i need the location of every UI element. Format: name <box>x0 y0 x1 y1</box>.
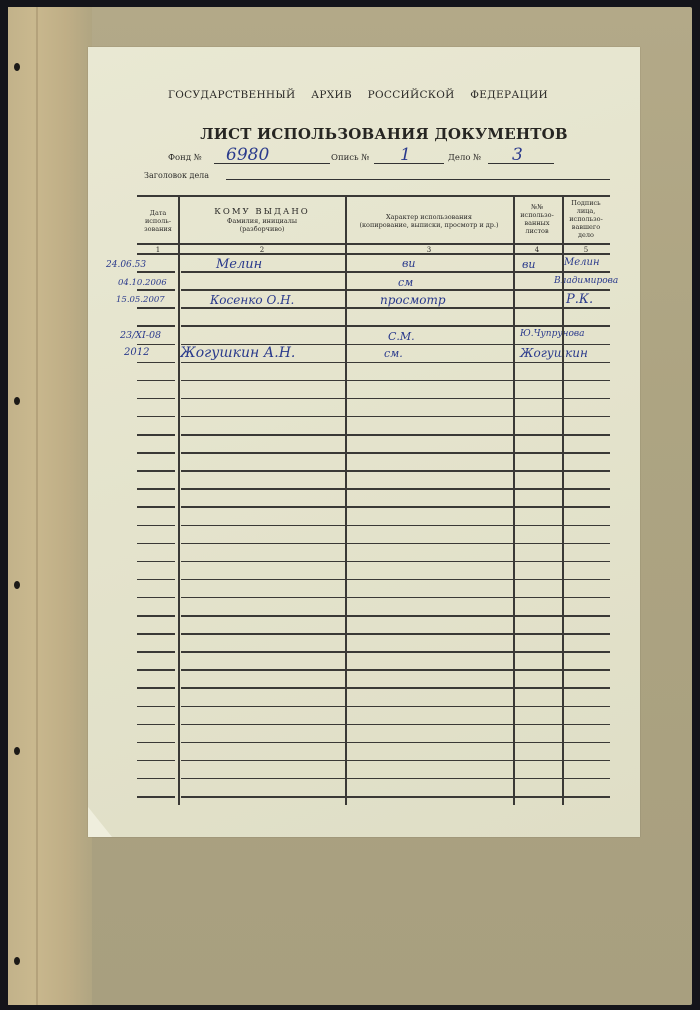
table-rule <box>137 271 175 273</box>
table-rule <box>137 615 175 617</box>
table-rule <box>515 325 562 327</box>
entry-date: 24.06.53 <box>106 260 146 270</box>
entry-signature: Мелин <box>564 257 600 268</box>
header-col-2: КОМУ ВЫДАНО Фамилия, инициалы (разборчив… <box>180 207 344 233</box>
table-rule <box>181 579 345 581</box>
document-title: ЛИСТ ИСПОЛЬЗОВАНИЯ ДОКУМЕНТОВ <box>88 125 640 143</box>
table-rule <box>564 271 610 273</box>
table-rule <box>564 633 610 635</box>
table-rule <box>347 307 513 309</box>
table-rule <box>137 706 175 708</box>
table-rule <box>347 778 513 780</box>
table-rule <box>515 271 562 273</box>
table-rule <box>137 243 610 245</box>
table-rule <box>515 380 562 382</box>
table-rule <box>347 651 513 653</box>
table-rule <box>564 760 610 762</box>
table-rule <box>515 307 562 309</box>
table-rule <box>181 506 345 508</box>
table-rule <box>564 724 610 726</box>
table-rule <box>181 325 345 327</box>
table-rule <box>181 470 345 472</box>
archive-name: ГОСУДАРСТВЕННЫЙ АРХИВ РОССИЙСКОЙ ФЕДЕРАЦ… <box>168 89 588 101</box>
entry-date: 2012 <box>124 347 149 358</box>
table-rule <box>347 742 513 744</box>
table-rule <box>347 579 513 581</box>
table-rule <box>137 742 175 744</box>
entry-usage: см. <box>384 347 403 360</box>
table-rule <box>564 362 610 364</box>
table-rule <box>137 344 175 346</box>
table-rule <box>564 543 610 545</box>
table-rule <box>347 416 513 418</box>
binding-hole <box>14 63 20 71</box>
entry-signature: Р.К. <box>566 292 593 307</box>
binding-hole <box>14 957 20 965</box>
table-rule <box>181 488 345 490</box>
table-rule <box>515 434 562 436</box>
table-rule <box>515 398 562 400</box>
table-rule <box>181 742 345 744</box>
table-rule <box>347 289 513 291</box>
table-rule <box>515 362 562 364</box>
table-rule <box>564 561 610 563</box>
entry-name: Косенко О.Н. <box>210 293 294 307</box>
table-rule <box>515 796 562 798</box>
table-rule <box>515 543 562 545</box>
table-rule <box>347 452 513 454</box>
table-rule <box>515 669 562 671</box>
table-rule <box>137 195 610 197</box>
table-rule <box>181 452 345 454</box>
table-rule <box>564 434 610 436</box>
table-rule <box>181 416 345 418</box>
table-rule <box>137 488 175 490</box>
table-rule <box>564 669 610 671</box>
table-rule <box>515 778 562 780</box>
entry-signature: Ю.Чупрунова <box>520 329 585 339</box>
table-rule <box>515 525 562 527</box>
table-rule <box>137 307 175 309</box>
table-rule <box>347 633 513 635</box>
table-rule <box>347 434 513 436</box>
table-rule <box>564 615 610 617</box>
header-col-4: №№ использо- ванных листов <box>514 203 560 235</box>
table-rule <box>181 344 345 346</box>
table-rule <box>181 307 345 309</box>
table-rule <box>137 380 175 382</box>
folder-spine <box>8 7 92 1005</box>
entry-date: 04.10.2006 <box>118 278 167 288</box>
table-rule <box>137 760 175 762</box>
table-rule <box>137 651 175 653</box>
table-rule <box>564 344 610 346</box>
table-rule <box>564 506 610 508</box>
table-rule <box>564 452 610 454</box>
table-rule <box>515 706 562 708</box>
table-rule <box>515 488 562 490</box>
table-rule <box>181 687 345 689</box>
table-rule <box>181 651 345 653</box>
table-rule <box>564 325 610 327</box>
table-rule <box>137 669 175 671</box>
table-rule <box>515 597 562 599</box>
table-rule <box>137 434 175 436</box>
table-rule <box>181 398 345 400</box>
table-rule <box>181 706 345 708</box>
delo-value: 3 <box>512 145 523 165</box>
entry-date: 23/XI-08 <box>120 330 161 341</box>
table-rule <box>347 706 513 708</box>
table-rule <box>515 724 562 726</box>
table-rule <box>137 452 175 454</box>
binding-hole <box>14 397 20 405</box>
table-rule <box>181 561 345 563</box>
folded-corner <box>88 807 112 837</box>
table-rule <box>564 525 610 527</box>
table-rule <box>515 760 562 762</box>
entry-sheets: ви <box>522 258 536 271</box>
table-rule <box>564 380 610 382</box>
table-rule <box>181 778 345 780</box>
table-rule <box>137 416 175 418</box>
table-rule <box>137 687 175 689</box>
table-rule <box>137 253 610 255</box>
table-rule <box>515 289 562 291</box>
table-rule <box>564 488 610 490</box>
table-rule <box>181 543 345 545</box>
entry-usage: просмотр <box>380 293 446 307</box>
table-rule <box>347 362 513 364</box>
table-rule <box>137 724 175 726</box>
table-rule <box>515 687 562 689</box>
header-col-5: Подпись лица, использо- вавшего дело <box>563 199 609 239</box>
entry-usage: см <box>398 276 413 289</box>
table-rule <box>137 325 175 327</box>
table-rule <box>515 651 562 653</box>
document-usage-sheet: ГОСУДАРСТВЕННЫЙ АРХИВ РОССИЙСКОЙ ФЕДЕРАЦ… <box>88 47 640 837</box>
table-rule <box>515 633 562 635</box>
table-rule <box>347 506 513 508</box>
table-rule <box>564 579 610 581</box>
table-rule <box>564 796 610 798</box>
table-rule <box>181 597 345 599</box>
table-rule <box>347 398 513 400</box>
table-rule <box>181 434 345 436</box>
table-rule <box>564 307 610 309</box>
table-rule <box>137 796 175 798</box>
entry-signature: Жогушкин <box>520 346 588 360</box>
table-rule <box>347 380 513 382</box>
table-rule <box>564 597 610 599</box>
table-rule <box>564 398 610 400</box>
table-rule <box>181 669 345 671</box>
table-rule <box>137 525 175 527</box>
table-rule <box>181 525 345 527</box>
table-rule <box>137 597 175 599</box>
header-col-1: Дата исполь- зования <box>138 209 178 233</box>
table-rule <box>564 289 610 291</box>
table-rule <box>347 470 513 472</box>
table-rule <box>137 561 175 563</box>
table-rule <box>515 506 562 508</box>
column-divider <box>178 197 180 805</box>
opis-label: Опись № <box>331 153 369 163</box>
table-rule <box>181 362 345 364</box>
table-rule <box>137 506 175 508</box>
table-rule <box>515 416 562 418</box>
column-divider <box>345 197 347 805</box>
table-rule <box>564 651 610 653</box>
delo-label: Дело № <box>448 153 481 163</box>
table-rule <box>564 416 610 418</box>
fond-value: 6980 <box>226 145 269 165</box>
binding-hole <box>14 747 20 755</box>
case-heading-line <box>226 179 610 180</box>
entry-name: Жогушкин А.Н. <box>180 345 295 361</box>
header-col-3: Характер использования (копирование, вып… <box>346 213 512 229</box>
table-rule <box>137 289 175 291</box>
table-rule <box>564 778 610 780</box>
table-rule <box>515 615 562 617</box>
table-rule <box>181 760 345 762</box>
column-divider <box>562 197 564 805</box>
table-rule <box>347 796 513 798</box>
fond-label: Фонд № <box>168 153 202 163</box>
table-rule <box>347 724 513 726</box>
entry-name: Мелин <box>216 257 262 272</box>
table-rule <box>137 778 175 780</box>
table-rule <box>515 742 562 744</box>
table-rule <box>564 470 610 472</box>
table-rule <box>347 525 513 527</box>
table-rule <box>181 633 345 635</box>
table-rule <box>347 760 513 762</box>
case-heading-label: Заголовок дела <box>144 171 209 180</box>
table-rule <box>137 398 175 400</box>
table-rule <box>137 470 175 472</box>
table-rule <box>515 452 562 454</box>
table-rule <box>347 687 513 689</box>
table-rule <box>181 796 345 798</box>
table-rule <box>181 271 345 273</box>
entry-date: 15.05.2007 <box>116 295 165 305</box>
entry-usage: ви <box>402 257 416 270</box>
table-rule <box>515 561 562 563</box>
table-rule <box>564 742 610 744</box>
table-rule <box>347 344 513 346</box>
table-rule <box>347 543 513 545</box>
table-rule <box>181 615 345 617</box>
table-rule <box>137 362 175 364</box>
reference-fields: Фонд № 6980 Опись № 1 Дело № 3 <box>168 147 568 167</box>
table-rule <box>347 669 513 671</box>
table-rule <box>181 724 345 726</box>
table-rule <box>515 470 562 472</box>
table-rule <box>347 271 513 273</box>
table-rule <box>137 633 175 635</box>
table-rule <box>181 289 345 291</box>
table-rule <box>564 706 610 708</box>
table-rule <box>137 579 175 581</box>
table-rule <box>515 344 562 346</box>
binding-hole <box>14 581 20 589</box>
table-rule <box>137 543 175 545</box>
table-rule <box>347 597 513 599</box>
table-rule <box>515 579 562 581</box>
table-rule <box>347 561 513 563</box>
table-rule <box>181 380 345 382</box>
table-rule <box>347 488 513 490</box>
table-rule <box>347 615 513 617</box>
column-divider <box>513 197 515 805</box>
table-rule <box>564 687 610 689</box>
opis-value: 1 <box>400 145 411 165</box>
entry-usage: С.М. <box>388 330 415 343</box>
table-rule <box>347 325 513 327</box>
entry-signature: Владимирова <box>554 276 618 286</box>
